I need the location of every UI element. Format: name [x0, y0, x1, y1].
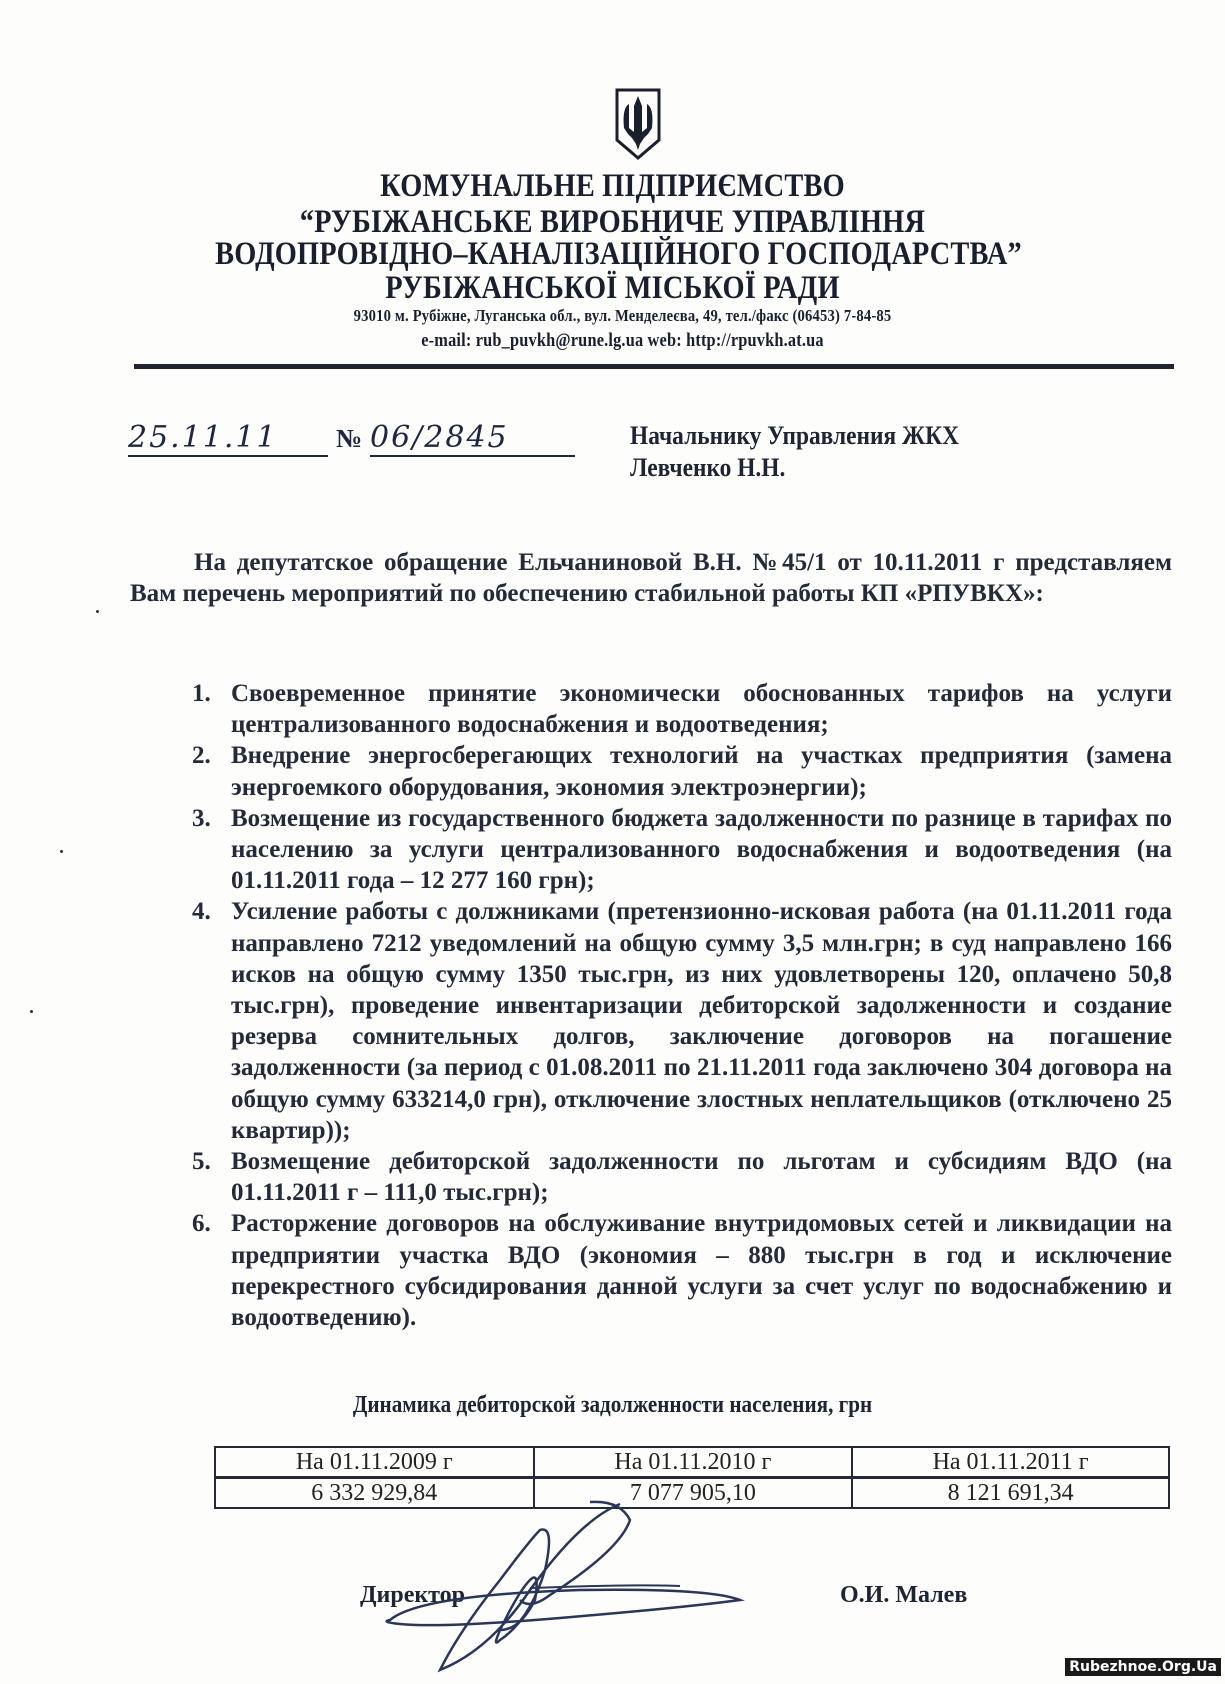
list-item: 6.Расторжение договоров на обслуживание … [192, 1208, 1172, 1333]
item-text: Своевременное принятие экономически обос… [231, 680, 1172, 738]
trident-emblem-icon [614, 88, 662, 160]
scan-speck [30, 1010, 33, 1013]
item-number: 1. [192, 678, 211, 709]
list-item: 3.Возмещение из государственного бюджета… [192, 803, 1172, 897]
org-type-heading: КОМУНАЛЬНЕ ПІДПРИЄМСТВО [86, 168, 1140, 205]
intro-paragraph: На депутатское обращение Ельчаниновой В.… [130, 547, 1172, 609]
item-number: 4. [192, 896, 211, 927]
measures-list: 1.Своевременное принятие экономически об… [192, 678, 1172, 1333]
item-text: Возмещение из государственного бюджета з… [231, 805, 1172, 894]
outgoing-date: 25.11.11 [128, 420, 328, 457]
item-text: Расторжение договоров на обслуживание вн… [231, 1210, 1172, 1331]
item-number: 5. [192, 1146, 211, 1177]
list-item: 4.Усиление работы с должниками (претензи… [192, 896, 1172, 1146]
item-number: 2. [192, 740, 211, 771]
addressee-position: Начальнику Управления ЖКХ [630, 420, 959, 452]
addressee-name: Левченко Н.Н. [630, 452, 959, 484]
list-item: 1.Своевременное принятие экономически об… [192, 678, 1172, 740]
list-item: 5.Возмещение дебиторской задолженности п… [192, 1146, 1172, 1208]
letterhead-divider [134, 364, 1174, 369]
table-cell: 8 121 691,34 [852, 1478, 1169, 1509]
scan-speck [60, 850, 63, 853]
list-item: 2.Внедрение энергосберегающих технологий… [192, 740, 1172, 802]
org-name-line3: РУБІЖАНСЬКОЇ МІСЬКОЇ РАДИ [86, 270, 1140, 307]
site-watermark: Rubezhnoe.Org.Ua [1065, 1658, 1221, 1676]
debt-table-title: Динамика дебиторской задолженности насел… [74, 1392, 1152, 1419]
item-text: Усиление работы с должниками (претензион… [231, 898, 1172, 1143]
scan-speck [96, 610, 99, 613]
handwritten-signature-icon [380, 1500, 880, 1680]
org-name-line2: ВОДОПРОВІДНО–КАНАЛІЗАЦІЙНОГО ГОСПОДАРСТВ… [92, 236, 1146, 273]
org-contacts: e-mail: rub_puvkh@rune.lg.ua web: http:/… [96, 330, 1150, 352]
table-header-cell: На 01.11.2010 г [534, 1447, 853, 1478]
letter-page: КОМУНАЛЬНЕ ПІДПРИЄМСТВО “РУБІЖАНСЬКЕ ВИР… [0, 0, 1225, 1684]
item-number: 6. [192, 1208, 211, 1239]
table-header-cell: На 01.11.2009 г [215, 1447, 534, 1478]
item-text: Возмещение дебиторской задолженности по … [231, 1148, 1172, 1206]
item-text: Внедрение энергосберегающих технологий н… [231, 742, 1172, 800]
number-sign: № [336, 424, 362, 454]
table-header-cell: На 01.11.2011 г [852, 1447, 1169, 1478]
table-header-row: На 01.11.2009 г На 01.11.2010 г На 01.11… [215, 1447, 1169, 1478]
outgoing-number: 06/2845 [370, 420, 575, 457]
item-number: 3. [192, 803, 211, 834]
addressee-block: Начальнику Управления ЖКХ Левченко Н.Н. [630, 420, 959, 484]
org-address: 93010 м. Рубіжне, Луганська обл., вул. М… [96, 306, 1150, 326]
